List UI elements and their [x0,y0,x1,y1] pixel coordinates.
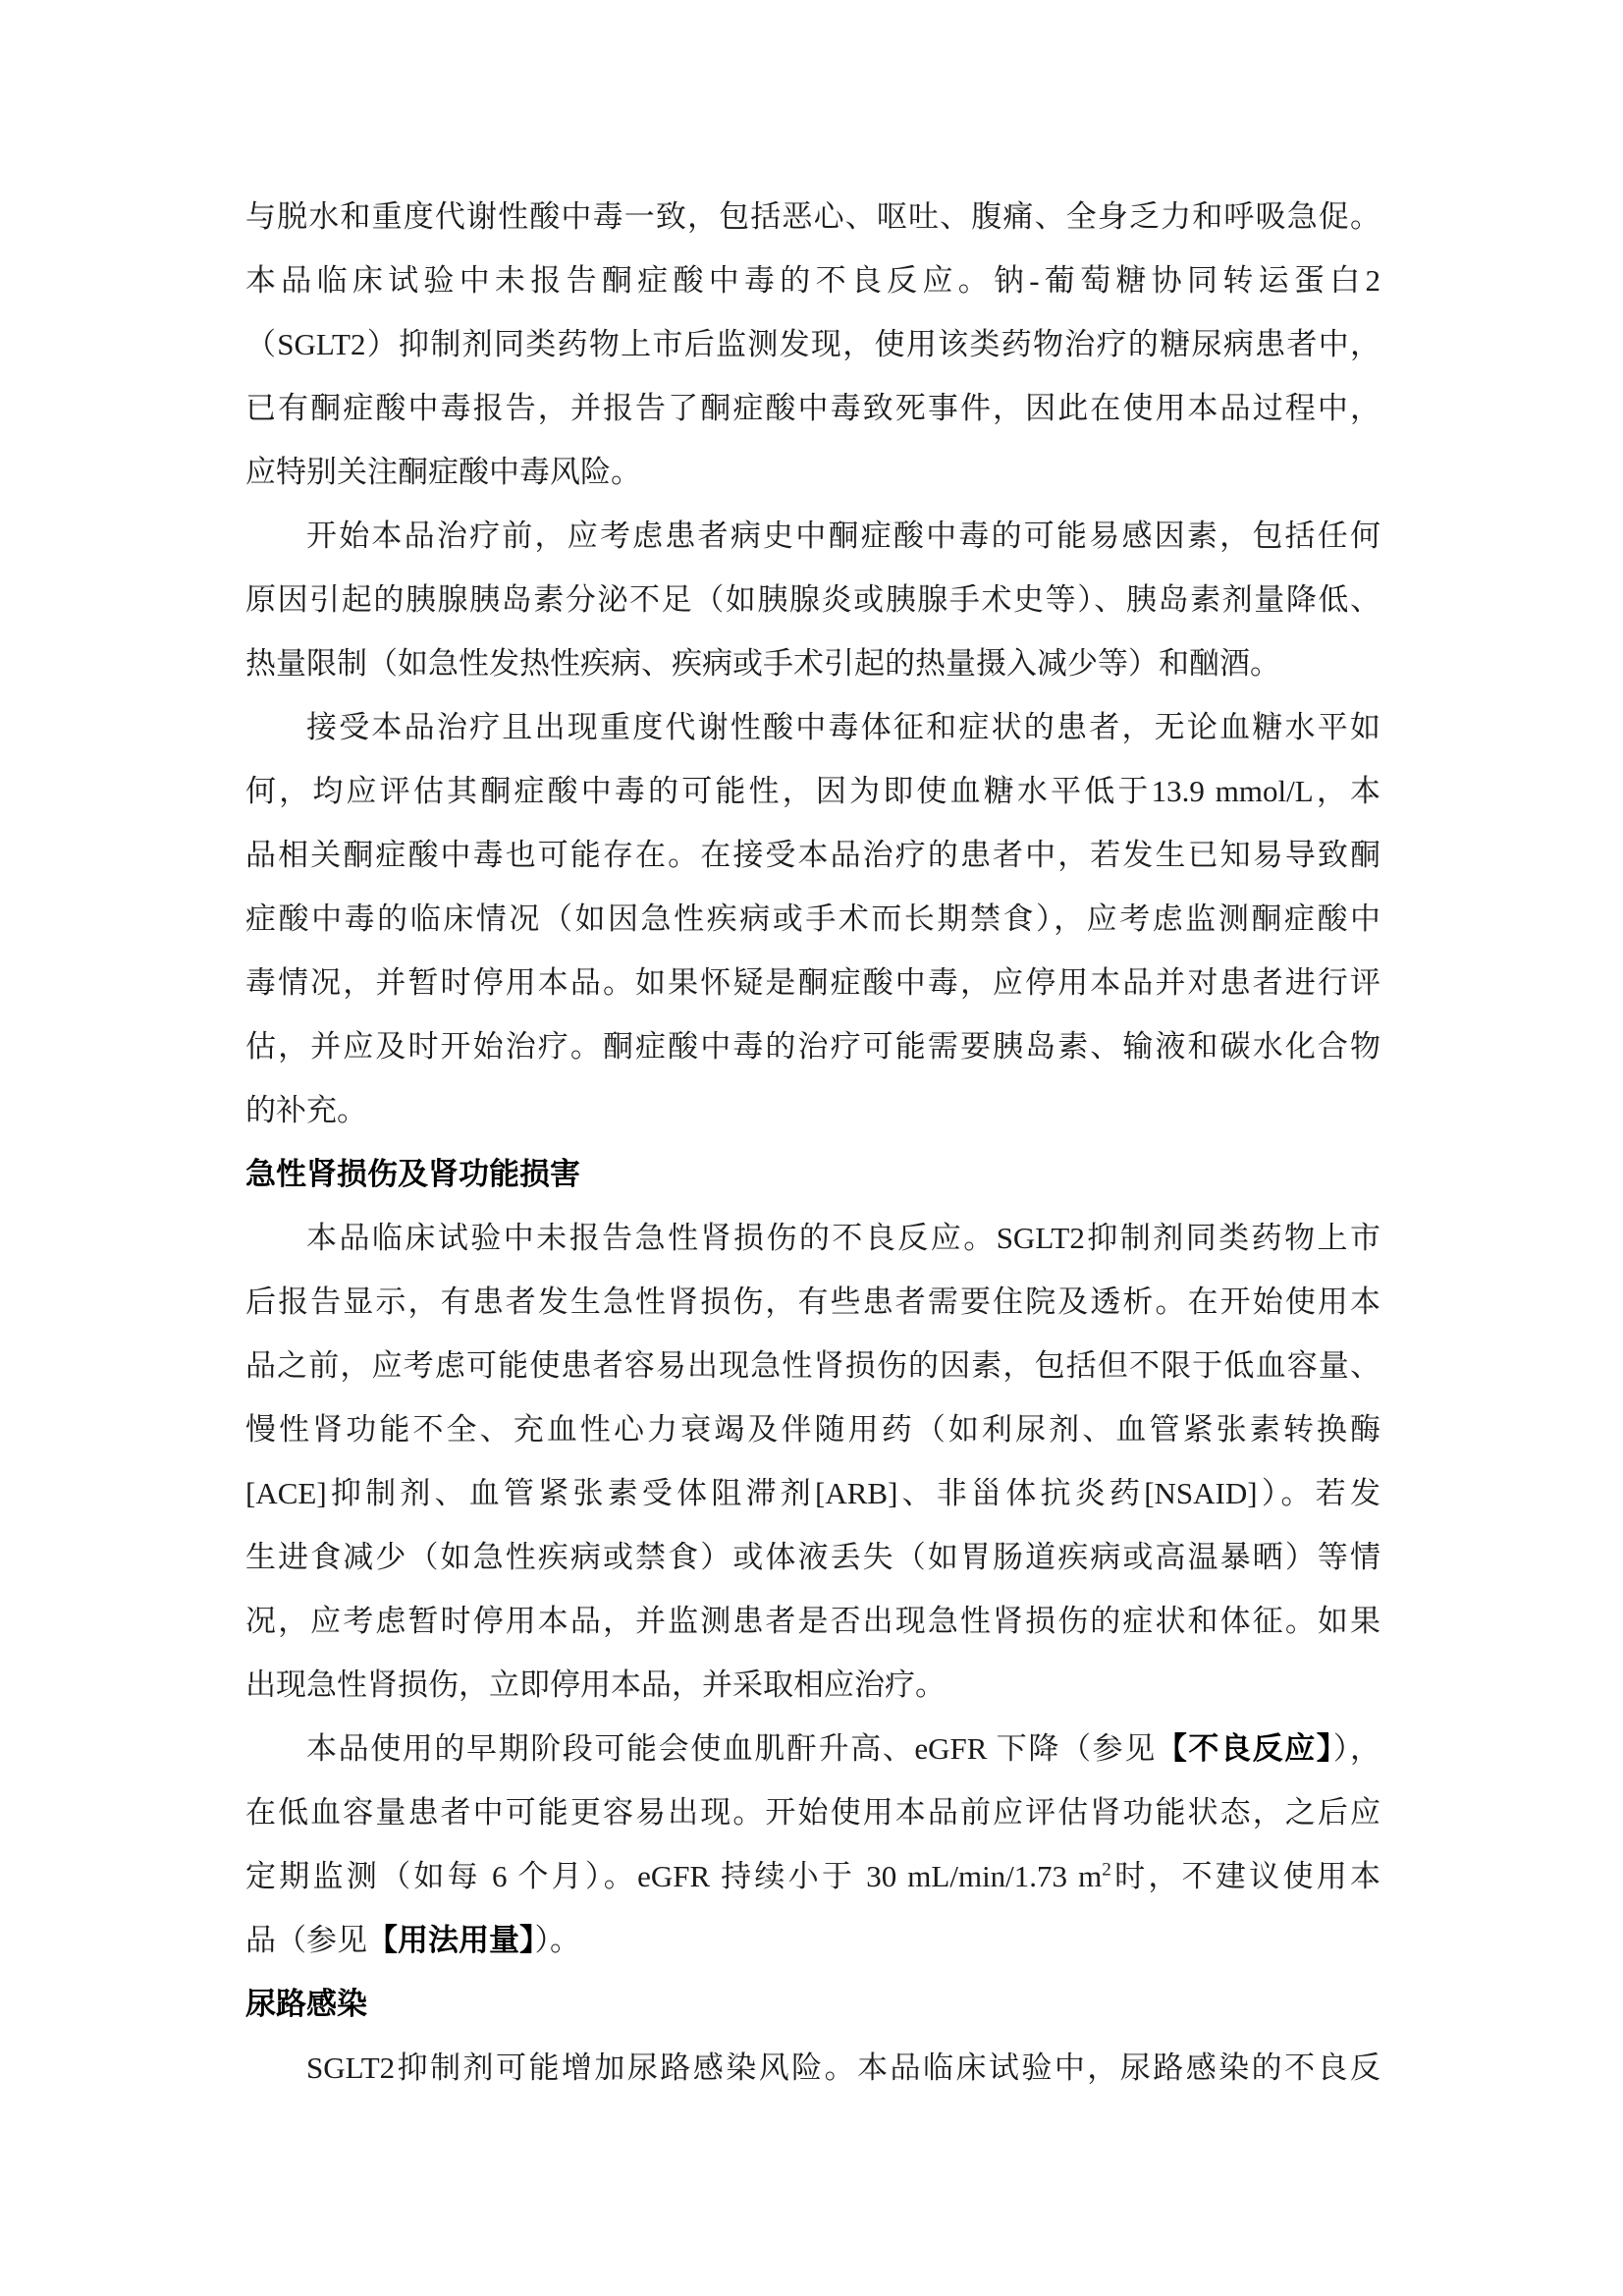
text-line: 原因引起的胰腺胰岛素分泌不足（如胰腺炎或胰腺手术史等）、胰岛素剂量降低、 [245,568,1380,631]
section-heading: 急性肾损伤及肾功能损害 [245,1142,1380,1206]
text-line: [ACE]抑制剂、血管紧张素受体阻滞剂[ARB]、非甾体抗炎药[NSAID]）。… [245,1461,1380,1525]
text-line: 后报告显示，有患者发生急性肾损伤，有些患者需要住院及透析。在开始使用本 [245,1270,1380,1334]
bold-reference-text: 【不良反应】 [1157,1731,1333,1766]
text-line: 本品使用的早期阶段可能会使血肌酐升高、eGFR 下降（参见【不良反应】）， [245,1717,1380,1780]
text-line: 定期监测（如每 6 个月）。eGFR 持续小于 30 mL/min/1.73 m… [245,1844,1380,1908]
text-line: 何，均应评估其酮症酸中毒的可能性，因为即使血糖水平低于13.9 mmol/L，本 [245,759,1380,823]
text-line: 应特别关注酮症酸中毒风险。 [245,440,1380,504]
text-line: 本品临床试验中未报告酮症酸中毒的不良反应。钠-葡萄糖协同转运蛋白2 [245,248,1380,312]
text-line: 与脱水和重度代谢性酸中毒一致，包括恶心、呕吐、腹痛、全身乏力和呼吸急促。 [245,185,1380,248]
text-line: 慢性肾功能不全、充血性心力衰竭及伴随用药（如利尿剂、血管紧张素转换酶 [245,1397,1380,1461]
document-page: 与脱水和重度代谢性酸中毒一致，包括恶心、呕吐、腹痛、全身乏力和呼吸急促。本品临床… [0,0,1623,2296]
text-line: （SGLT2）抑制剂同类药物上市后监测发现，使用该类药物治疗的糖尿病患者中， [245,312,1380,376]
page-content: 与脱水和重度代谢性酸中毒一致，包括恶心、呕吐、腹痛、全身乏力和呼吸急促。本品临床… [245,185,1380,2100]
text-line: 热量限制（如急性发热性疾病、疾病或手术引起的热量摄入减少等）和酗酒。 [245,631,1380,695]
text-line: 品相关酮症酸中毒也可能存在。在接受本品治疗的患者中，若发生已知易导致酮 [245,823,1380,887]
text-line: SGLT2抑制剂可能增加尿路感染风险。本品临床试验中，尿路感染的不良反 [245,2036,1380,2100]
text-line: 毒情况，并暂时停用本品。如果怀疑是酮症酸中毒，应停用本品并对患者进行评 [245,951,1380,1014]
text-line: 估，并应及时开始治疗。酮症酸中毒的治疗可能需要胰岛素、输液和碳水化合物 [245,1014,1380,1078]
superscript-text: 2 [1102,1860,1111,1881]
text-line: 开始本品治疗前，应考虑患者病史中酮症酸中毒的可能易感因素，包括任何 [245,504,1380,568]
bold-reference-text: 【用法用量】 [367,1923,535,1957]
text-line: 已有酮症酸中毒报告，并报告了酮症酸中毒致死事件，因此在使用本品过程中， [245,376,1380,440]
text-line: 在低血容量患者中可能更容易出现。开始使用本品前应评估肾功能状态，之后应 [245,1780,1380,1844]
text-line: 本品临床试验中未报告急性肾损伤的不良反应。SGLT2抑制剂同类药物上市 [245,1206,1380,1270]
text-line: 症酸中毒的临床情况（如因急性疾病或手术而长期禁食），应考虑监测酮症酸中 [245,887,1380,951]
text-line: 出现急性肾损伤，立即停用本品，并采取相应治疗。 [245,1653,1380,1717]
text-line: 生进食减少（如急性疾病或禁食）或体液丢失（如胃肠道疾病或高温暴晒）等情 [245,1525,1380,1589]
section-heading: 尿路感染 [245,1972,1380,2036]
text-line: 品（参见【用法用量】）。 [245,1908,1380,1972]
text-line: 的补充。 [245,1078,1380,1142]
text-line: 况，应考虑暂时停用本品，并监测患者是否出现急性肾损伤的症状和体征。如果 [245,1589,1380,1653]
text-line: 品之前，应考虑可能使患者容易出现急性肾损伤的因素，包括但不限于低血容量、 [245,1334,1380,1397]
text-line: 接受本品治疗且出现重度代谢性酸中毒体征和症状的患者，无论血糖水平如 [245,695,1380,759]
